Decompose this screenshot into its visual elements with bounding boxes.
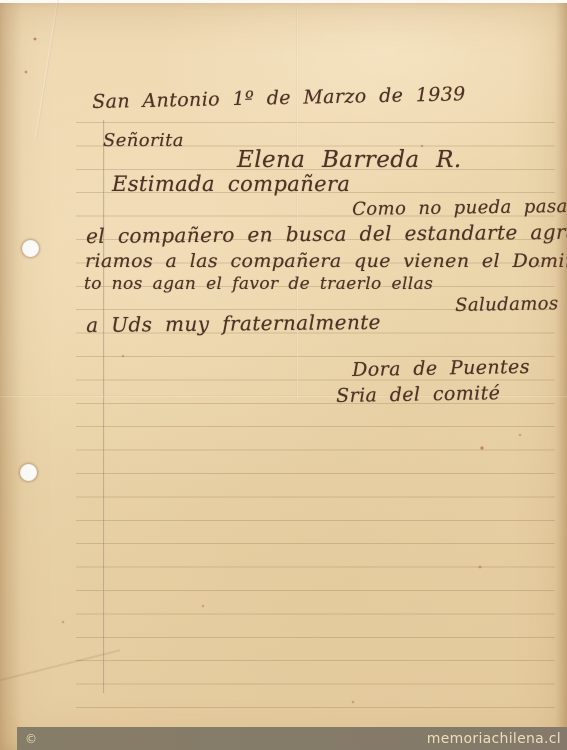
punch-hole-bottom — [20, 464, 37, 481]
copyright-icon: © — [25, 733, 37, 745]
punch-hole-top — [22, 240, 39, 257]
site-watermark: memoriachilena.cl — [427, 732, 561, 746]
corner-crease — [35, 0, 59, 138]
paper-right-edge-shade — [555, 3, 567, 750]
letter-signature-role: Sria del comité — [336, 382, 500, 407]
footer-watermark-bar: © memoriachilena.cl — [17, 727, 567, 750]
foxing-specks — [0, 3, 2, 5]
letter-recipient: Elena Barreda R. — [237, 147, 462, 173]
letter-paper: San Antonio 1º de Marzo de 1939 Señorita… — [0, 3, 567, 750]
margin-line — [103, 120, 105, 693]
letter-salutation: Señorita — [103, 130, 184, 151]
letter-signature-name: Dora de Puentes — [352, 356, 530, 381]
letter-closing-line-1: Saludamos — [455, 293, 559, 316]
letter-date: San Antonio 1º de Marzo de 1939 — [92, 83, 466, 113]
letter-body-line-2: el compañero en busca del estandarte agr… — [86, 219, 567, 248]
letter-greeting: Estimada compañera — [112, 172, 350, 196]
scanned-letter: San Antonio 1º de Marzo de 1939 Señorita… — [0, 0, 567, 750]
letter-body-line-1: Como no pueda pasar — [352, 196, 567, 220]
letter-body-line-4: to nos agan el favor de traerlo ellas — [84, 274, 433, 294]
letter-closing-line-2: a Uds muy fraternalmente — [86, 310, 381, 337]
letter-body-line-3: riamos a las compañera que vienen el Dom… — [85, 250, 567, 272]
paper-left-edge-shade — [0, 3, 22, 750]
